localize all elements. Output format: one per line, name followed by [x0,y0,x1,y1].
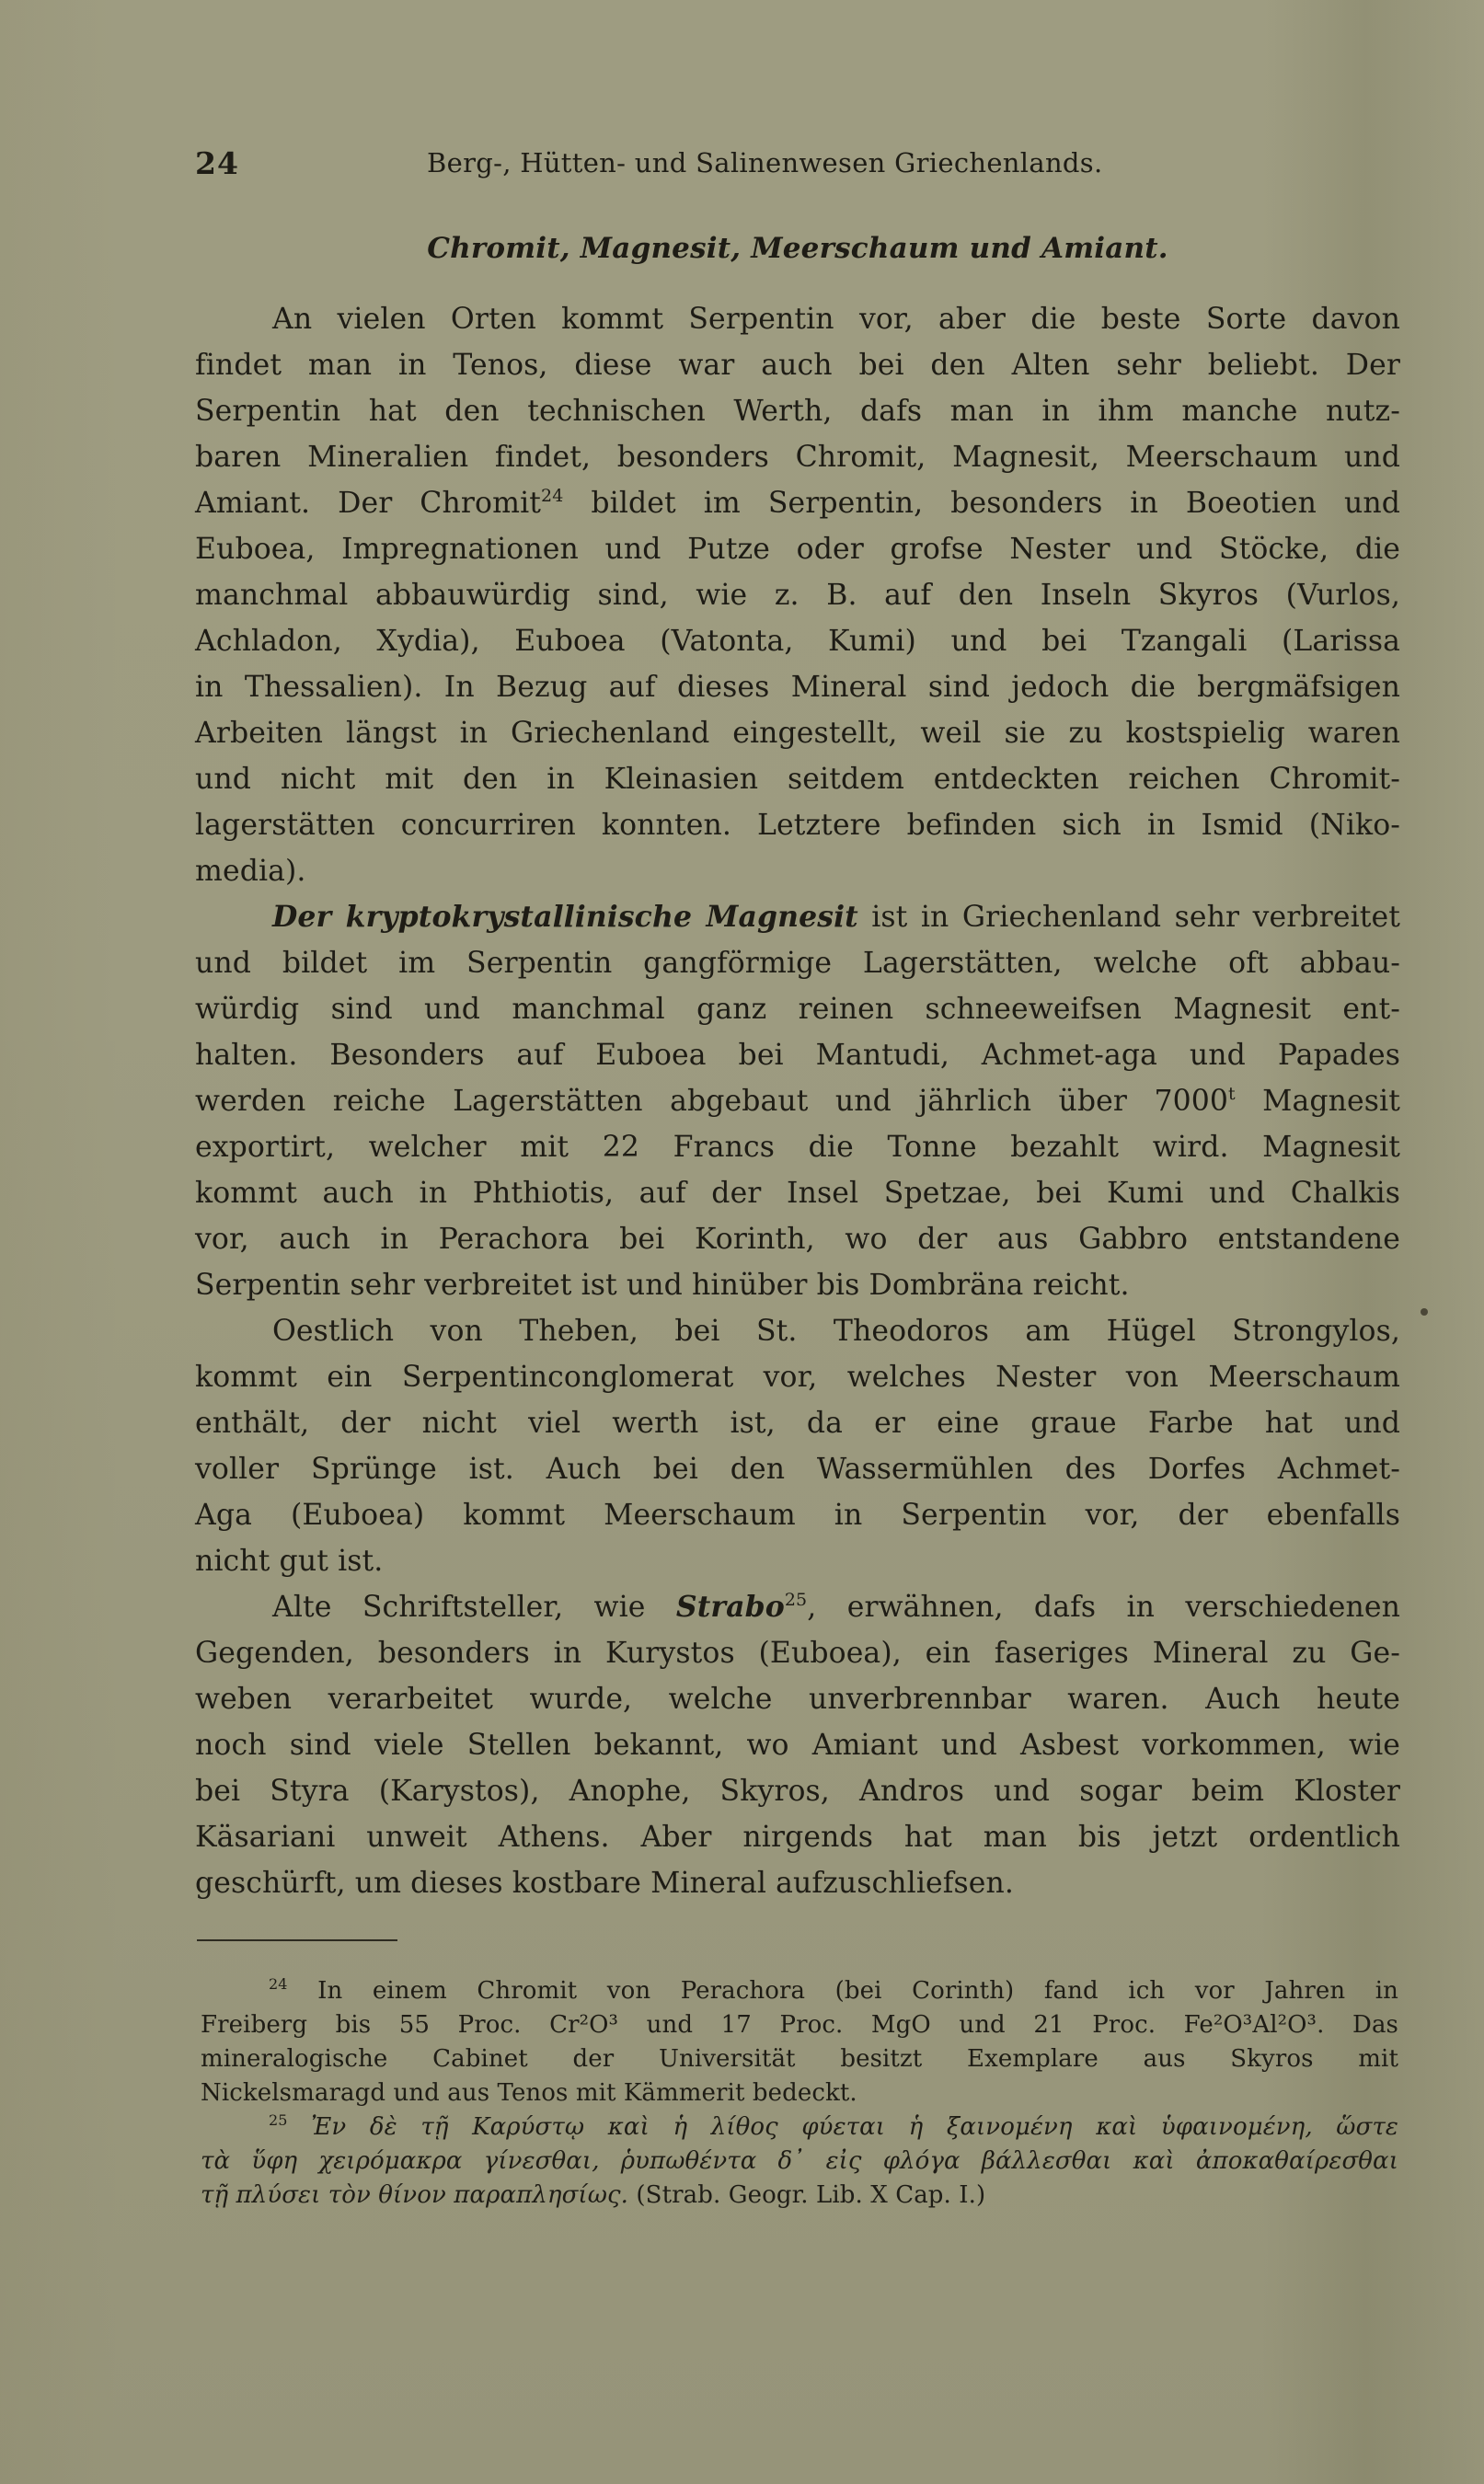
text-line: Der kryptokrystallinische Magnesit ist i… [195,894,1400,940]
footnote-reference: 25 [785,1590,807,1610]
footnote-line: 25 Ἐν δὲ τῇ Καρύστῳ καὶ ἡ λίθος φύεται ἡ… [201,2110,1398,2145]
text-line: halten. Besonders auf Euboea bei Mantudi… [195,1032,1400,1078]
text-line: in Thessalien). In Bezug auf dieses Mine… [195,664,1400,710]
footnote-text: In einem Chromit von Perachora (bei Cori… [317,1977,1398,2005]
text-line: exportirt, welcher mit 22 Francs die Ton… [195,1124,1400,1170]
line-text: manchmal abbauwürdig sind, wie z. B. auf… [195,579,1400,612]
emphasized-term: Strabo [676,1590,785,1624]
line-text: exportirt, welcher mit 22 Francs die Ton… [195,1131,1400,1164]
line-text: Gegenden, besonders in Kurystos (Euboea)… [195,1637,1400,1670]
text-line: Achladon, Xydia), Euboea (Vatonta, Kumi)… [195,618,1400,664]
footnote-line: mineralogische Cabinet der Universität b… [201,2042,1398,2076]
line-text: voller Sprünge ist. Auch bei den Wasserm… [195,1453,1400,1486]
line-text: vor, auch in Perachora bei Korinth, wo d… [195,1223,1400,1256]
text-line: findet man in Tenos, diese war auch bei … [195,342,1400,388]
text-line: manchmal abbauwürdig sind, wie z. B. auf… [195,572,1400,618]
text-line: baren Mineralien findet, besonders Chrom… [195,434,1400,480]
line-text: Magnesit [1236,1085,1400,1118]
footnote-text: mineralogische Cabinet der Universität b… [201,2045,1398,2073]
line-text: baren Mineralien findet, besonders Chrom… [195,441,1400,474]
footnote-text: Ἐν δὲ τῇ Καρύστῳ καὶ ἡ λίθος φύεται ἡ ξα… [311,2113,1398,2141]
text-line: kommt auch in Phthiotis, auf der Insel S… [195,1170,1400,1216]
body-text: An vielen Orten kommt Serpentin vor, abe… [195,296,1400,1906]
line-text: bei Styra (Karystos), Anophe, Skyros, An… [195,1775,1400,1808]
footnote-text: τῇ πλύσει τὸν θίνον παραπλησίως. [201,2181,628,2209]
line-text: Amiant. Der Chromit [195,487,541,520]
text-line: würdig sind und manchmal ganz reinen sch… [195,986,1400,1032]
text-line: und bildet im Serpentin gangförmige Lage… [195,940,1400,986]
line-text: Achladon, Xydia), Euboea (Vatonta, Kumi)… [195,625,1400,658]
line-text: An vielen Orten kommt Serpentin vor, abe… [272,303,1400,336]
footnote-reference: t [1228,1084,1236,1104]
line-text: Alte Schriftsteller, wie [272,1591,676,1624]
text-line: An vielen Orten kommt Serpentin vor, abe… [195,296,1400,342]
text-line: geschürft, um dieses kostbare Mineral au… [195,1860,1400,1906]
text-line: Oestlich von Theben, bei St. Theodoros a… [195,1308,1400,1354]
text-line: weben verarbeitet wurde, welche unverbre… [195,1676,1400,1722]
emphasized-term: Der kryptokrystallinische Magnesit [272,900,858,934]
line-text: noch sind viele Stellen bekannt, wo Amia… [195,1729,1400,1762]
footnote-line: Nickelsmaragd und aus Tenos mit Kämmerit… [201,2076,1398,2110]
text-line: Käsariani unweit Athens. Aber nirgends h… [195,1814,1400,1860]
line-text: enthält, der nicht viel werth ist, da er… [195,1407,1400,1440]
footnote-line: 24 In einem Chromit von Perachora (bei C… [201,1974,1398,2008]
footnote-divider [197,1939,397,1941]
paper-speck [1421,1308,1428,1316]
text-line: und nicht mit den in Kleinasien seitdem … [195,756,1400,802]
text-line: noch sind viele Stellen bekannt, wo Amia… [195,1722,1400,1768]
line-text: nicht gut ist. [195,1545,383,1578]
text-line: Serpentin sehr verbreitet ist und hinübe… [195,1262,1400,1308]
section-title: Chromit, Magnesit, Meerschaum und Amiant… [195,232,1400,265]
footnote-text: Nickelsmaragd und aus Tenos mit Kämmerit… [201,2079,857,2107]
text-line: Gegenden, besonders in Kurystos (Euboea)… [195,1630,1400,1676]
running-title: Berg-, Hütten- und Salinenwesen Griechen… [427,147,1102,178]
text-line: vor, auch in Perachora bei Korinth, wo d… [195,1216,1400,1262]
page-number: 24 [195,145,239,181]
line-text: Serpentin sehr verbreitet ist und hinübe… [195,1269,1130,1302]
line-text: Arbeiten längst in Griechenland eingeste… [195,717,1400,750]
text-line: enthält, der nicht viel werth ist, da er… [195,1400,1400,1446]
running-head: 24 Berg-, Hütten- und Salinenwesen Griec… [195,145,1400,182]
footnote-line: τὰ ὕφη χειρόμακρα γίνεσθαι, ῥυπωθέντα δ᾽… [201,2145,1398,2179]
text-line: bei Styra (Karystos), Anophe, Skyros, An… [195,1768,1400,1814]
citation: (Strab. Geogr. Lib. X Cap. I.) [636,2181,985,2209]
line-text: lagerstätten concurriren konnten. Letzte… [195,809,1400,842]
line-text: media). [195,855,306,888]
line-text: Oestlich von Theben, bei St. Theodoros a… [272,1315,1400,1348]
text-line: Serpentin hat den technischen Werth, daf… [195,388,1400,434]
text-line: Arbeiten längst in Griechenland eingeste… [195,710,1400,756]
line-text: findet man in Tenos, diese war auch bei … [195,349,1400,382]
line-text: weben verarbeitet wurde, welche unverbre… [195,1683,1400,1716]
line-text: Euboea, Impregnationen und Putze oder gr… [195,533,1400,566]
text-line: lagerstätten concurriren konnten. Letzte… [195,802,1400,848]
line-text: werden reiche Lagerstätten abgebaut und … [195,1085,1228,1118]
line-text: halten. Besonders auf Euboea bei Mantudi… [195,1039,1400,1072]
line-text: und bildet im Serpentin gangförmige Lage… [195,947,1400,980]
text-line: nicht gut ist. [195,1538,1400,1584]
text-line: kommt ein Serpentinconglomerat vor, welc… [195,1354,1400,1400]
footnote-marker: 24 [269,1975,288,1993]
footnote-line: Freiberg bis 55 Proc. Cr²O³ und 17 Proc.… [201,2008,1398,2042]
footnote-line: τῇ πλύσει τὸν θίνον παραπλησίως. (Strab.… [201,2179,1398,2213]
line-text: kommt ein Serpentinconglomerat vor, welc… [195,1361,1400,1394]
text-line: werden reiche Lagerstätten abgebaut und … [195,1078,1400,1124]
text-line: Euboea, Impregnationen und Putze oder gr… [195,526,1400,572]
footnotes: 24 In einem Chromit von Perachora (bei C… [201,1974,1398,2213]
line-text: geschürft, um dieses kostbare Mineral au… [195,1867,1014,1900]
line-text: in Thessalien). In Bezug auf dieses Mine… [195,671,1400,704]
line-text: kommt auch in Phthiotis, auf der Insel S… [195,1177,1400,1210]
footnote-text: τὰ ὕφη χειρόμακρα γίνεσθαι, ῥυπωθέντα δ᾽… [201,2147,1398,2175]
line-text: und nicht mit den in Kleinasien seitdem … [195,763,1400,796]
line-text: bildet im Serpentin, besonders in Boeoti… [563,487,1400,520]
line-text: würdig sind und manchmal ganz reinen sch… [195,993,1400,1026]
footnote-marker: 25 [269,2111,288,2129]
footnote-reference: 24 [541,486,563,506]
line-text: ist in Griechenland sehr verbreitet [858,901,1400,934]
line-text: Aga (Euboea) kommt Meerschaum in Serpent… [195,1499,1400,1532]
book-page: 24 Berg-, Hütten- und Salinenwesen Griec… [0,0,1484,2484]
footnote-text: Freiberg bis 55 Proc. Cr²O³ und 17 Proc.… [201,2011,1398,2039]
text-line: Aga (Euboea) kommt Meerschaum in Serpent… [195,1492,1400,1538]
line-text: Serpentin hat den technischen Werth, daf… [195,395,1400,428]
text-line: Alte Schriftsteller, wie Strabo25, erwäh… [195,1584,1400,1630]
text-line: Amiant. Der Chromit24 bildet im Serpenti… [195,480,1400,526]
line-text: , erwähnen, dafs in verschiedenen [807,1591,1400,1624]
text-line: media). [195,848,1400,894]
line-text: Käsariani unweit Athens. Aber nirgends h… [195,1821,1400,1854]
text-line: voller Sprünge ist. Auch bei den Wasserm… [195,1446,1400,1492]
